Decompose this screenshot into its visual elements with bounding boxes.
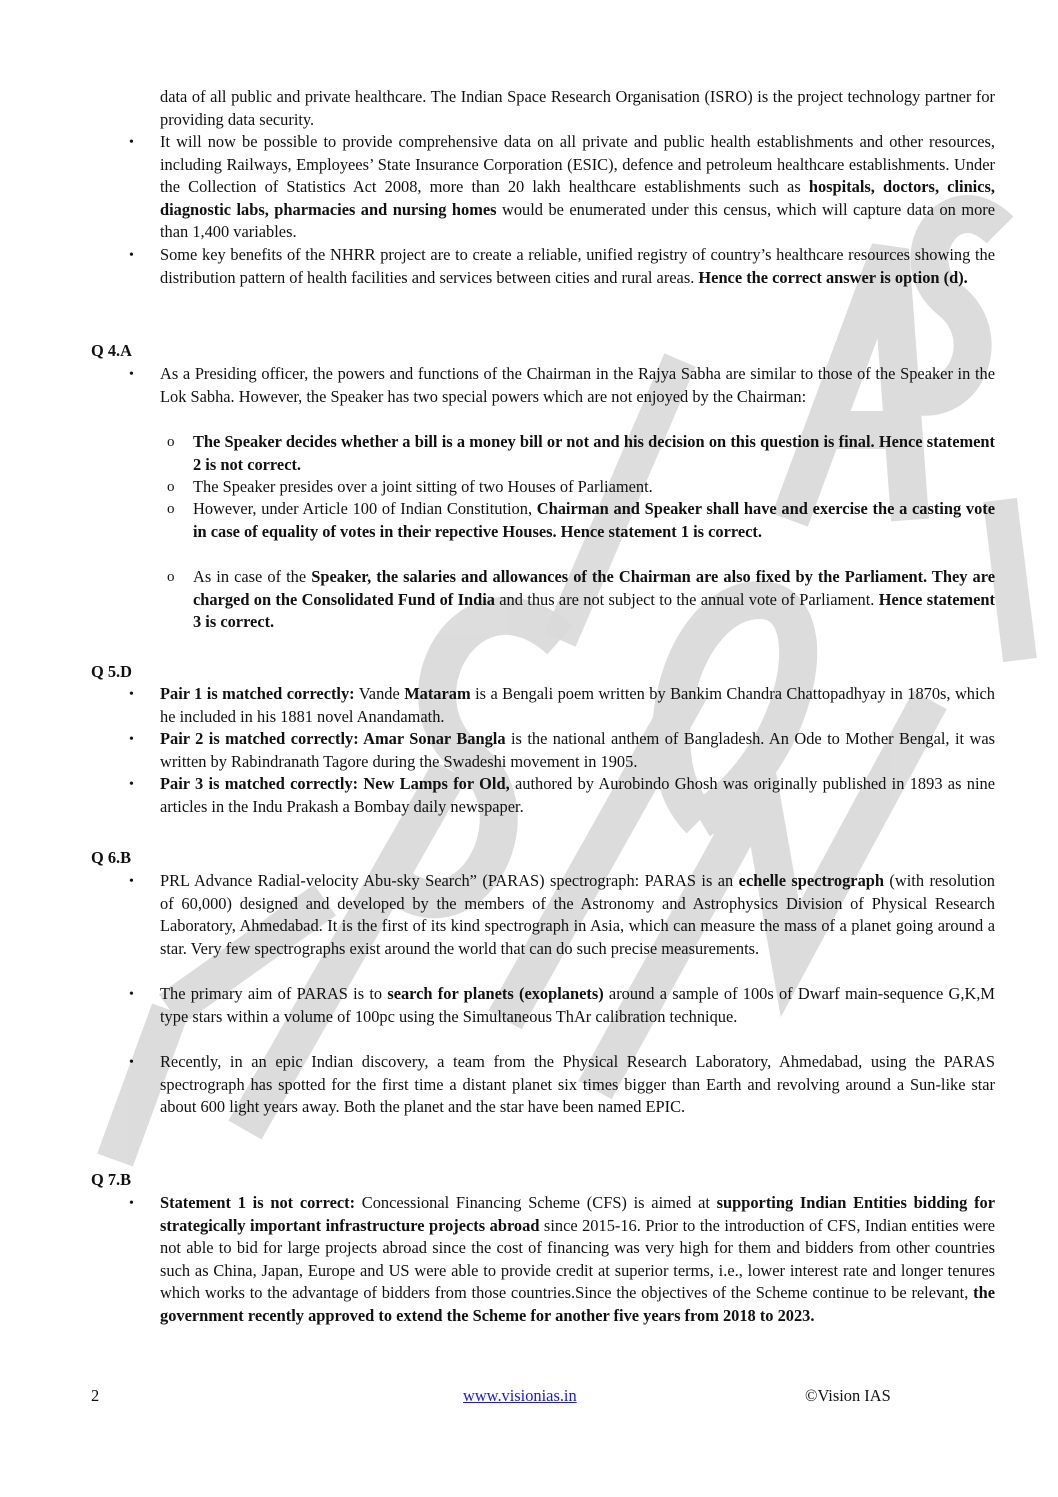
bold-text: Pair 2 is matched correctly: Amar Sonar …	[160, 729, 506, 748]
q5-bullet-2: Pair 2 is matched correctly: Amar Sonar …	[160, 728, 995, 773]
bold-text: Hence the correct answer is option (d).	[698, 268, 967, 287]
q4-sub-bullet-2: The Speaker presides over a joint sittin…	[193, 476, 995, 499]
bullet-icon: •	[129, 774, 134, 797]
q4-sub-bullet-1: The Speaker decides whether a bill is a …	[193, 431, 995, 476]
q4-sub-bullet-4: As in case of the Speaker, the salaries …	[193, 566, 995, 634]
q3-bullet-1: It will now be possible to provide compr…	[160, 131, 995, 244]
text: and thus are not subject to the annual v…	[495, 590, 879, 609]
q6-bullet-1: PRL Advance Radial-velocity Abu-sky Sear…	[160, 870, 995, 960]
text: The Speaker presides over a joint sittin…	[193, 477, 653, 496]
website-link[interactable]: www.visionias.in	[463, 1386, 577, 1405]
bold-text: Mataram	[404, 684, 470, 703]
question-heading-q4: Q 4.A	[91, 340, 132, 362]
bullet-icon: •	[129, 984, 134, 1007]
sub-bullet-icon: o	[167, 498, 175, 521]
q3-bullet-2: Some key benefits of the NHRR project ar…	[160, 244, 995, 289]
question-heading-q5: Q 5.D	[91, 661, 132, 683]
bold-text: The Speaker decides whether a bill is a …	[193, 432, 995, 474]
bullet-icon: •	[129, 364, 134, 387]
bullet-icon: •	[129, 1052, 134, 1075]
text: Recently, in an epic Indian discovery, a…	[160, 1052, 995, 1116]
bullet-icon: •	[129, 871, 134, 894]
q4-bullet-1: As a Presiding officer, the powers and f…	[160, 363, 995, 408]
text: As in case of the	[193, 567, 311, 586]
footer-website: www.visionias.in	[463, 1386, 577, 1406]
sub-bullet-icon: o	[167, 476, 175, 499]
text: The primary aim of PARAS is to	[160, 984, 387, 1003]
text: As a Presiding officer, the powers and f…	[160, 364, 995, 406]
text: Vande	[355, 684, 405, 703]
text: PRL Advance Radial-velocity Abu-sky Sear…	[160, 871, 739, 890]
q5-bullet-3: Pair 3 is matched correctly: New Lamps f…	[160, 773, 995, 818]
bold-text: Pair 3 is matched correctly: New Lamps f…	[160, 774, 510, 793]
q6-bullet-2: The primary aim of PARAS is to search fo…	[160, 983, 995, 1028]
bold-text: Pair 1 is matched correctly:	[160, 684, 355, 703]
bold-text: echelle spectrograph	[739, 871, 884, 890]
sub-bullet-icon: o	[167, 431, 175, 454]
q4-sub-bullet-3: However, under Article 100 of Indian Con…	[193, 498, 995, 543]
bold-text: search for planets (exoplanets)	[387, 984, 603, 1003]
bullet-icon: •	[129, 729, 134, 752]
bullet-icon: •	[129, 1193, 134, 1216]
question-heading-q6: Q 6.B	[91, 847, 131, 869]
q5-bullet-1: Pair 1 is matched correctly: Vande Matar…	[160, 683, 995, 728]
text: data of all public and private healthcar…	[160, 87, 995, 129]
text: Concessional Financing Scheme (CFS) is a…	[355, 1193, 717, 1212]
footer-copyright: ©Vision IAS	[805, 1386, 891, 1406]
q6-bullet-3: Recently, in an epic Indian discovery, a…	[160, 1051, 995, 1119]
sub-bullet-icon: o	[167, 566, 175, 589]
bullet-icon: •	[129, 245, 134, 268]
bullet-icon: •	[129, 684, 134, 707]
page-number: 2	[91, 1386, 99, 1406]
question-heading-q7: Q 7.B	[91, 1169, 131, 1191]
bold-text: Statement 1 is not correct:	[160, 1193, 355, 1212]
q7-bullet-1: Statement 1 is not correct: Concessional…	[160, 1192, 995, 1328]
text: However, under Article 100 of Indian Con…	[193, 499, 537, 518]
continuation-paragraph: data of all public and private healthcar…	[160, 86, 995, 131]
bullet-icon: •	[129, 132, 134, 155]
